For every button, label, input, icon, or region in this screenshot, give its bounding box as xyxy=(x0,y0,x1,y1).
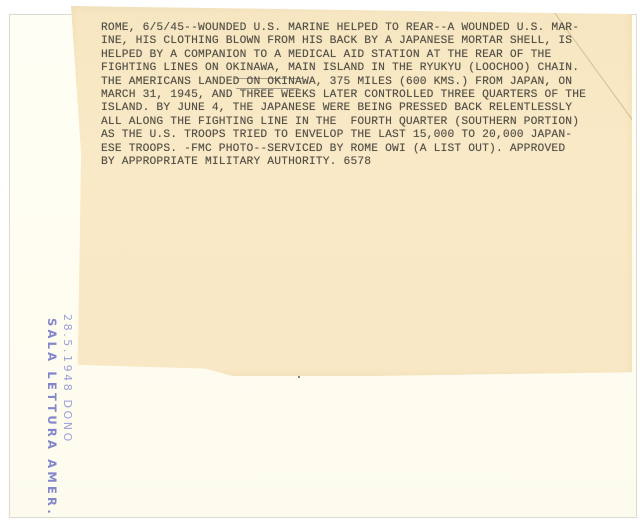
pencil-underline-landed xyxy=(236,88,299,89)
caption-line: ISLAND. BY JUNE 4, THE JAPANESE WERE BEI… xyxy=(101,102,572,114)
caption-line: MARCH 31, 1945, AND THREE WEEKS LATER CO… xyxy=(101,89,586,101)
caption-line: BY APPROPRIATE MILITARY AUTHORITY. 6578 xyxy=(101,156,371,168)
library-stamp: 28.5.1948 DONO SALA LETTURA AMER. xyxy=(40,314,80,514)
stamp-name: SALA LETTURA AMER. xyxy=(45,318,59,517)
stamp-date: 28.5.1948 DONO xyxy=(61,314,74,444)
caption-line: FIGHTING LINES ON OKINAWA, MAIN ISLAND I… xyxy=(101,62,579,74)
caption-line: ROME, 6/5/45--WOUNDED U.S. MARINE HELPED… xyxy=(101,22,579,34)
caption-paper: ROME, 6/5/45--WOUNDED U.S. MARINE HELPED… xyxy=(71,6,632,376)
caption-line: INE, HIS CLOTHING BLOWN FROM HIS BACK BY… xyxy=(101,35,572,47)
caption-line: ALL ALONG THE FIGHTING LINE IN THE FOURT… xyxy=(101,116,579,128)
caption-line: AS THE U.S. TROOPS TRIED TO ENVELOP THE … xyxy=(101,129,572,141)
caption-line: ESE TROOPS. -FMC PHOTO--SERVICED BY ROME… xyxy=(101,143,565,155)
caption-text: ROME, 6/5/45--WOUNDED U.S. MARINE HELPED… xyxy=(101,22,631,169)
pencil-underline-okinawa xyxy=(235,78,303,79)
caption-line: HELPED BY A COMPANION TO A MEDICAL AID S… xyxy=(101,49,551,61)
caption-line: THE AMERICANS LANDED ON OKINAWA, 375 MIL… xyxy=(101,76,572,88)
ink-speck xyxy=(298,376,300,378)
